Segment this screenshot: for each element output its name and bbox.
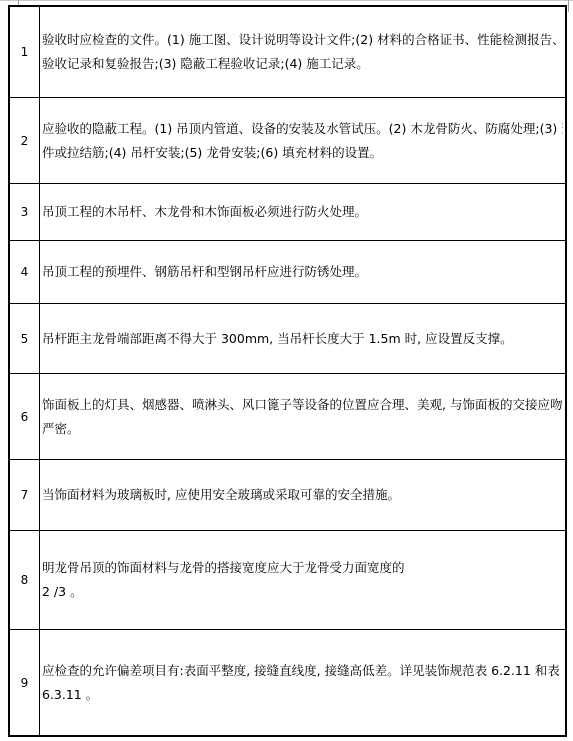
row-text-cell: 吊顶工程的预埋件、钢筋吊杆和型钢吊杆应进行防锈处理。: [40, 241, 565, 303]
table-row: 7当饰面材料为玻璃板时, 应使用安全玻璃或采取可靠的安全措施。: [10, 459, 565, 530]
row-text-cell: 饰面板上的灯具、烟感器、喷淋头、风口篦子等设备的位置应合理、美观, 与饰面板的交…: [40, 374, 565, 459]
row-text-line: 吊顶工程的预埋件、钢筋吊杆和型钢吊杆应进行防锈处理。: [42, 260, 563, 284]
row-text-line: 6.3.11 。: [42, 683, 563, 707]
row-text-line: 应验收的隐蔽工程。(1) 吊顶内管道、设备的安装及水管试压。(2) 木龙骨防火、…: [42, 117, 563, 141]
row-number-cell: 3: [10, 184, 40, 240]
row-number-cell: 1: [10, 7, 40, 97]
row-number-cell: 5: [10, 304, 40, 373]
row-number-cell: 8: [10, 531, 40, 629]
row-number-cell: 7: [10, 460, 40, 530]
row-number-cell: 4: [10, 241, 40, 303]
row-number-cell: 2: [10, 98, 40, 183]
row-number-cell: 6: [10, 374, 40, 459]
row-text-line: 吊顶工程的木吊杆、木龙骨和木饰面板必须进行防火处理。: [42, 200, 563, 224]
row-number-cell: 9: [10, 630, 40, 735]
table-row: 9应检查的允许偏差项目有:表面平整度, 接缝直线度, 接缝高低差。详见装饰规范表…: [10, 629, 565, 735]
table-row: 1验收时应检查的文件。(1) 施工图、设计说明等设计文件;(2) 材料的合格证书…: [10, 7, 565, 97]
row-text-line: 件或拉结筋;(4) 吊杆安装;(5) 龙骨安装;(6) 填充材料的设置。: [42, 141, 563, 165]
table-row: 8明龙骨吊顶的饰面材料与龙骨的搭接宽度应大于龙骨受力面宽度的2 /3 。: [10, 530, 565, 629]
row-text-cell: 当饰面材料为玻璃板时, 应使用安全玻璃或采取可靠的安全措施。: [40, 460, 565, 530]
row-text-cell: 吊顶工程的木吊杆、木龙骨和木饰面板必须进行防火处理。: [40, 184, 565, 240]
row-text-line: 饰面板上的灯具、烟感器、喷淋头、风口篦子等设备的位置应合理、美观, 与饰面板的交…: [42, 393, 563, 417]
row-text-line: 严密。: [42, 417, 563, 441]
table-row: 3吊顶工程的木吊杆、木龙骨和木饰面板必须进行防火处理。: [10, 183, 565, 240]
crop-artifact-top-line: [0, 0, 573, 1]
row-text-line: 验收记录和复验报告;(3) 隐蔽工程验收记录;(4) 施工记录。: [42, 52, 563, 76]
acceptance-items-table: 1验收时应检查的文件。(1) 施工图、设计说明等设计文件;(2) 材料的合格证书…: [8, 5, 567, 737]
row-text-line: 吊杆距主龙骨端部距离不得大于 300mm, 当吊杆长度大于 1.5m 时, 应设…: [42, 327, 563, 351]
row-text-line: 2 /3 。: [42, 580, 563, 604]
table-row: 6饰面板上的灯具、烟感器、喷淋头、风口篦子等设备的位置应合理、美观, 与饰面板的…: [10, 373, 565, 459]
row-text-line: 当饰面材料为玻璃板时, 应使用安全玻璃或采取可靠的安全措施。: [42, 483, 563, 507]
crop-artifact-right-stub: [568, 0, 569, 12]
row-text-line: 明龙骨吊顶的饰面材料与龙骨的搭接宽度应大于龙骨受力面宽度的: [42, 556, 563, 580]
table-row: 2应验收的隐蔽工程。(1) 吊顶内管道、设备的安装及水管试压。(2) 木龙骨防火…: [10, 97, 565, 183]
row-text-cell: 明龙骨吊顶的饰面材料与龙骨的搭接宽度应大于龙骨受力面宽度的2 /3 。: [40, 531, 565, 629]
row-text-cell: 应验收的隐蔽工程。(1) 吊顶内管道、设备的安装及水管试压。(2) 木龙骨防火、…: [40, 98, 565, 183]
row-text-cell: 吊杆距主龙骨端部距离不得大于 300mm, 当吊杆长度大于 1.5m 时, 应设…: [40, 304, 565, 373]
row-text-line: 验收时应检查的文件。(1) 施工图、设计说明等设计文件;(2) 材料的合格证书、…: [42, 28, 563, 52]
row-text-cell: 验收时应检查的文件。(1) 施工图、设计说明等设计文件;(2) 材料的合格证书、…: [40, 7, 565, 97]
table-row: 5吊杆距主龙骨端部距离不得大于 300mm, 当吊杆长度大于 1.5m 时, 应…: [10, 303, 565, 373]
table-row: 4吊顶工程的预埋件、钢筋吊杆和型钢吊杆应进行防锈处理。: [10, 240, 565, 303]
row-text-line: 应检查的允许偏差项目有:表面平整度, 接缝直线度, 接缝高低差。详见装饰规范表 …: [42, 659, 563, 683]
row-text-cell: 应检查的允许偏差项目有:表面平整度, 接缝直线度, 接缝高低差。详见装饰规范表 …: [40, 630, 565, 735]
document-page: 1验收时应检查的文件。(1) 施工图、设计说明等设计文件;(2) 材料的合格证书…: [0, 0, 573, 741]
